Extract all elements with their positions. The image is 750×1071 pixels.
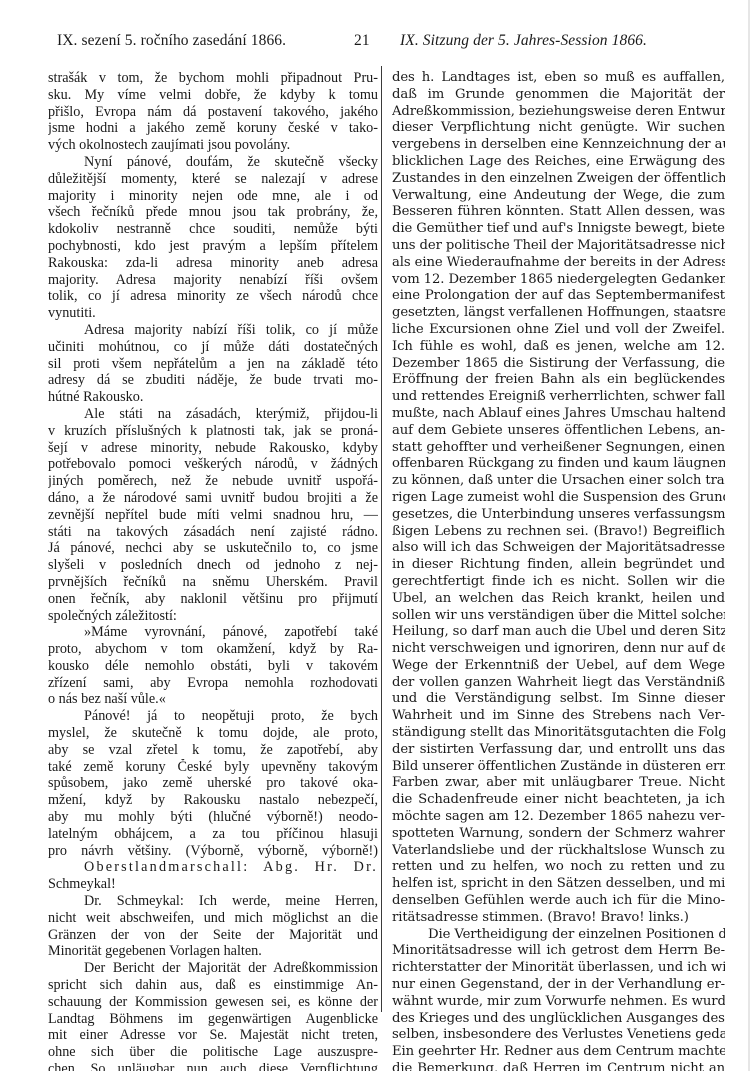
text-line: zevnější nepřítel bude míti velmi snadno… [48,507,378,524]
text-line: kousko déle nemohlo obstáti, byli v tako… [48,658,378,675]
text-line: in dieser Richtung finden, allein begrün… [392,557,725,574]
text-line: spricht sich dahin aus, daß es einstimmi… [48,977,378,994]
text-line: o nás bez naší vůle.« [48,691,378,708]
text-line: Oberstlandmarschall: Abg. Hr. Dr. [48,859,378,876]
header-czech-title: IX. sezení 5. ročního zasedání 1866. [57,32,286,50]
text-line: richterstatter der Minorität überlassen,… [392,960,725,977]
text-line: pochybnosti, kdo jest pravým a lepším př… [48,238,378,255]
text-line: mžení, když by Rakousku nastalo nebezpeč… [48,792,378,809]
text-line: dáno, a že národové sami uvnitř budou br… [48,490,378,507]
text-line: und rettendes Ereigniß verherrlichten, s… [392,389,725,406]
text-line: Gränzen der von der Seite der Majorität … [48,927,378,944]
page-header: IX. sezení 5. ročního zasedání 1866. 21 … [0,30,750,54]
text-line: Nyní pánové, doufám, že skutečně všecky [48,154,378,171]
text-line: der vollen ganzen Wahrheit liegt das Ver… [392,675,725,692]
text-line: šejí v adrese minority, nebude Rakousko,… [48,440,378,457]
text-line: dieser Verpflichtung nicht genügte. Wir … [392,120,725,137]
text-line: als eine Wiederaufnahme der bereits in d… [392,255,725,272]
text-line: Ale státi na zásadách, kterýmiž, přijdou… [48,406,378,423]
text-line: wähnt wurde, mir zum Vorwurfe nehmen. Es… [392,994,725,1011]
text-line: ohne sich über die politische Lage auszu… [48,1044,378,1061]
text-line: blicklichen Lage des Reiches, eine Erwäg… [392,154,725,171]
text-line: spůsobem, jako země uherské pro takové o… [48,775,378,792]
text-line: adresy dá se zbuditi náděje, že bude trv… [48,372,378,389]
text-line: Adresa majority nabízí říši tolik, co jí… [48,322,378,339]
text-line: Ich fühle es wohl, daß es jenen, welche … [392,339,725,356]
column-divider [381,66,382,1012]
text-line: sku. My víme velmi dobře, že kdyby k tom… [48,87,378,104]
text-line: Minorität gegebenen Vorlagen halten. [48,943,378,960]
text-line: also will ich das Schweigen der Majoritä… [392,540,725,557]
left-column-czech-german-text: strašák v tom, že bychom mohli připadnou… [48,70,378,1071]
text-line: die Schadenfreude einer nicht beachteten… [392,792,725,809]
text-line: des h. Landtages ist, eben so muß es auf… [392,70,725,87]
text-line: také země koruny České byly upevněny tak… [48,759,378,776]
text-line: Übel, an welchen das Reich krankt, heile… [392,591,725,608]
text-line: všech řečníků přede mnou jsou tak probrá… [48,204,378,221]
text-line: Wahrheit und im Sinne des Strebens nach … [392,708,725,725]
text-line: učiniti mohútnou, co jí může dáti dostat… [48,339,378,356]
text-line: des Krieges und des unglücklichen Ausgan… [392,1011,725,1028]
text-line: Eröffnung der freien Bahn als ein beglüc… [392,372,725,389]
header-german-title: IX. Sitzung der 5. Jahres-Session 1866. [400,32,647,50]
text-line: zu können, daß unter die Ursachen einer … [392,473,725,490]
text-line: Besseren führen könnten. Statt Allen des… [392,204,725,221]
text-line: Zustandes in den einzelnen Zweigen der ö… [392,171,725,188]
text-line: tolik, co jí adresa minority ze všech ná… [48,288,378,305]
text-line: Schmeykal! [48,876,378,893]
text-line: prvnějších řečníků na sněmu Uherském. Pr… [48,574,378,591]
text-line: helfen ist, spricht in den Sätzen dessel… [392,876,725,893]
text-line: aby se vzal zřetel k tomu, že zapotřebí,… [48,742,378,759]
text-line: mußte, nach Ablauf eines Jahres Umschau … [392,406,725,423]
text-line: Dezember 1865 die Sistirung der Verfassu… [392,356,725,373]
text-line: Já pánové, nechci aby se uskutečnilo to,… [48,540,378,557]
text-line: Farben zwar, aber mit unläugbarer Treue.… [392,775,725,792]
text-line: vom 12. Dezember 1865 niedergelegten Ged… [392,272,725,289]
text-line: jsme hodni a jakého země koruny české v … [48,120,378,137]
text-line: auf dem Gebiete unseres öffentlichen Leb… [392,423,725,440]
text-line: nicht weit abschweifen, und mich möglich… [48,910,378,927]
text-line: denselben Gefühlen werde auch ich für di… [392,893,725,910]
text-line: daß im Grunde genommen die Majorität der [392,87,725,104]
text-line: v kruzích příslušných k platnosti tak, j… [48,423,378,440]
text-line: ßigen Lebens zu rechnen sei. (Bravo!) Be… [392,524,725,541]
text-line: die Bemerkung, daß Herren im Centrum nic… [392,1061,725,1071]
text-line: důležitější momenty, které se nalezají v… [48,171,378,188]
text-line: Der Bericht der Majorität der Adreßkommi… [48,960,378,977]
text-line: und die Verständigung selbst. Im Sinne d… [392,691,725,708]
text-line: möchte sagen am 12. Dezember 1865 nahezu… [392,809,725,826]
text-line: sil proti všem nepřátelům a jen na zákla… [48,356,378,373]
text-line: Adreßkommission, beziehungsweise deren E… [392,104,725,121]
text-line: selben, insbesondere des Verlustes Venet… [392,1027,725,1044]
text-line: jiných poměrech, než že nebude uvnitř us… [48,473,378,490]
text-line: sollen wir uns verständigen über die Mit… [392,608,725,625]
text-line: Die Vertheidigung der einzelnen Position… [392,927,725,944]
text-line: potřebovalo pomoci veškerých národů, v ž… [48,456,378,473]
text-line: liche Excursionen ohne Ziel und voll der… [392,322,725,339]
text-line: nur einen Gegenstand, der in der Verhand… [392,977,725,994]
text-line: uns der politische Theil der Majoritätsa… [392,238,725,255]
text-line: Wege der Erkenntniß der Uebel, auf dem W… [392,658,725,675]
text-line: spotteten Warnung, sondern der Schmerz w… [392,826,725,843]
text-line: proto, abychom v tom okamžení, když by R… [48,641,378,658]
text-line: mit einer Adresse vor Se. Majestät nicht… [48,1027,378,1044]
text-line: vergebens in derselben eine Kennzeichnun… [392,137,725,154]
text-line: pro návrh většiny. (Výborně, výborně, vý… [48,843,378,860]
text-line: aby mu mohly býti (hlučné výborně!) neod… [48,809,378,826]
text-line: »Máme vyrovnání, pánové, zapotřebí také [48,624,378,641]
text-line: strašák v tom, že bychom mohli připadnou… [48,70,378,87]
text-line: nicht verschweigen und ignoriren, denn n… [392,641,725,658]
text-line: der sistirten Verfassung dar, und entrol… [392,742,725,759]
text-line: Vaterlandsliebe und der rückhaltslose Wu… [392,843,725,860]
text-line: zřízení sami, aby Evropa nemohla rozhodo… [48,675,378,692]
text-line: ritätsadresse stimmen. (Bravo! Bravo! li… [392,910,725,927]
text-line: statt gehoffter und verheißener Segnunge… [392,440,725,457]
text-line: retten und zu helfen, wo noch zu retten … [392,859,725,876]
text-line: přišlo, Evropa nám dá postavení takového… [48,104,378,121]
text-line: Verwaltung, eine Andeutung der Wege, die… [392,188,725,205]
text-line: offenbaren Rückgang zu finden und kaum l… [392,456,725,473]
text-line: Landtag Böhmens im gegenwärtigen Augenbl… [48,1011,378,1028]
text-line: gesetzten, längst verfallenen Hoffnungen… [392,305,725,322]
text-line: schauung der Kommission gewesen sei, es … [48,994,378,1011]
text-line: onen řečník, aby naklonil většinu pro př… [48,591,378,608]
text-line: společných záležitostí: [48,608,378,625]
text-line: gesetzes, die Unterbindung unseres verfa… [392,507,725,524]
text-line: majority. Adresa majority nenabízí říši … [48,272,378,289]
text-line: státi na takových zásadách není zajisté … [48,524,378,541]
right-column-german-text: des h. Landtages ist, eben so muß es auf… [392,70,725,1071]
text-line: majority i minority nejen ode mne, ale i… [48,188,378,205]
text-line: slyšeli v posledních dnech od jednoho z … [48,557,378,574]
page-number: 21 [354,32,370,50]
text-line: latelným obhájcem, a za tou příčinou hla… [48,826,378,843]
text-line: Bild unserer öffentlichen Zustände in dü… [392,759,725,776]
text-line: Rakouska: zda-li adresa minority aneb ad… [48,255,378,272]
text-line: hútné Rakousko. [48,389,378,406]
text-line: Dr. Schmeykal: Ich werde, meine Herren, [48,893,378,910]
text-line: eine Prolongation der auf das Septemberm… [392,288,725,305]
text-line: gerechtfertigt finde ich es nicht. Solle… [392,574,725,591]
text-line: kdokoliv nestranně chce souditi, nemůže … [48,221,378,238]
text-line: Heilung, so darf man auch die Übel und d… [392,624,725,641]
text-line: Minoritätsadresse will ich getrost dem H… [392,943,725,960]
text-line: Pánové! já to neopětuji proto, že bych [48,708,378,725]
text-line: ständigung stellt das Minoritätsgutachte… [392,725,725,742]
text-line: myslel, že skutečně k tomu dojde, ale pr… [48,725,378,742]
text-line: chen. So unläugbar nun auch diese Verpfl… [48,1061,378,1071]
text-line: die Gemüther tief und auf's Innigste bew… [392,221,725,238]
text-line: vých okolnostech zaujímati jsou povolány… [48,137,378,154]
text-line: vynutiti. [48,305,378,322]
text-line: rigen Lage zumeist wohl die Suspension d… [392,490,725,507]
text-line: Ein geehrter Hr. Redner aus dem Centrum … [392,1044,725,1061]
